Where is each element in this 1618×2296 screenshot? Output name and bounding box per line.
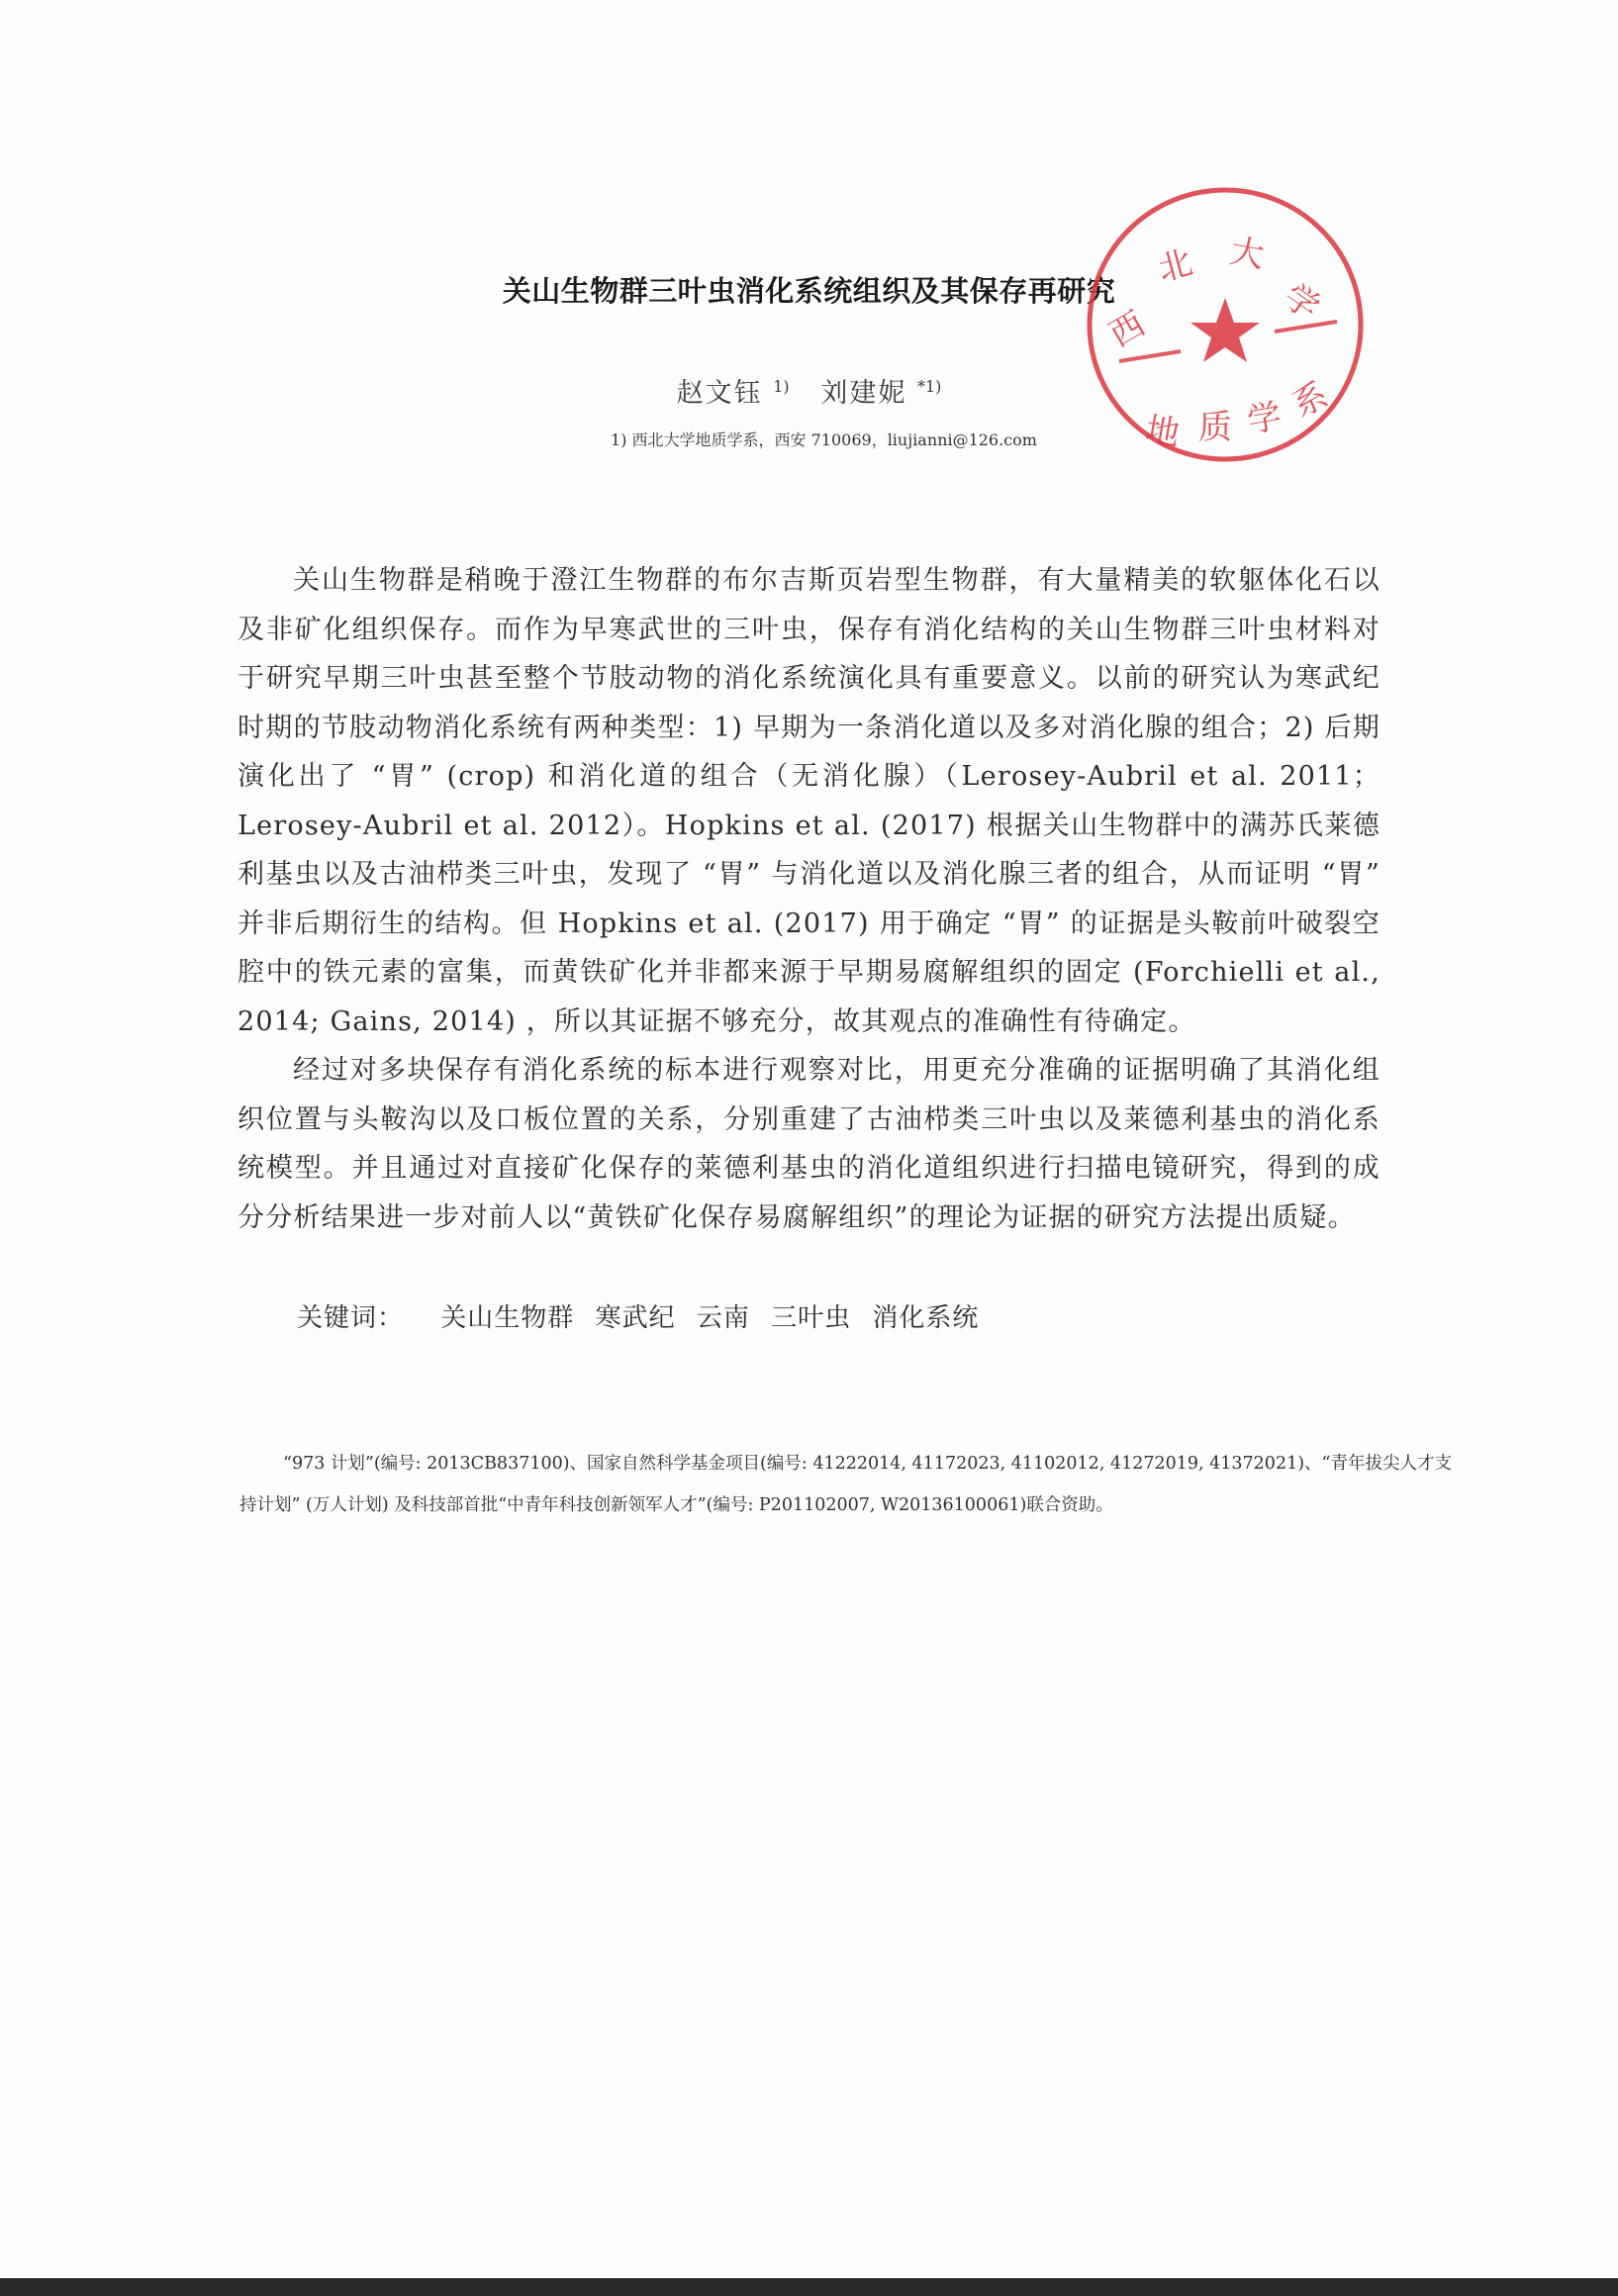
svg-text:地: 地 bbox=[1143, 410, 1183, 454]
svg-text:系: 系 bbox=[1286, 375, 1334, 426]
svg-text:学: 学 bbox=[1277, 276, 1327, 328]
svg-text:大: 大 bbox=[1227, 232, 1267, 276]
paragraph: 关山生物群是稍晚于澄江生物群的布尔吉斯页岩型生物群，有大量精美的软躯体化石以及非… bbox=[238, 556, 1380, 1046]
affiliation: 1) 西北大学地质学系，西安 710069，liujianni@126.com bbox=[0, 428, 1618, 450]
affiliation-mark: *1) bbox=[917, 377, 941, 396]
svg-text:北: 北 bbox=[1154, 242, 1196, 289]
paper-title: 关山生物群三叶虫消化系统组织及其保存再研究 bbox=[0, 269, 1618, 310]
keyword: 三叶虫 bbox=[771, 1303, 851, 1333]
svg-text:质: 质 bbox=[1198, 408, 1232, 447]
abstract-body: 关山生物群是稍晚于澄江生物群的布尔吉斯页岩型生物群，有大量精美的软躯体化石以及非… bbox=[238, 556, 1380, 1242]
keywords-label: 关键词： bbox=[297, 1303, 404, 1333]
author-name: 赵文钰 bbox=[677, 378, 763, 409]
paragraph: 经过对多块保存有消化系统的标本进行观察对比，用更充分准确的证据明确了其消化组织位… bbox=[238, 1046, 1380, 1242]
author-name: 刘建妮 bbox=[820, 378, 906, 409]
keyword: 消化系统 bbox=[872, 1303, 979, 1333]
author-line: 赵文钰 1) 刘建妮 *1) bbox=[0, 371, 1618, 410]
keyword: 关山生物群 bbox=[440, 1303, 574, 1333]
document-page: 关山生物群三叶虫消化系统组织及其保存再研究 赵文钰 1) 刘建妮 *1) 1) … bbox=[0, 0, 1618, 2278]
svg-text:西: 西 bbox=[1103, 304, 1152, 355]
keyword: 寒武纪 bbox=[596, 1303, 676, 1333]
keyword: 云南 bbox=[697, 1303, 750, 1333]
keywords: 关键词： 关山生物群 寒武纪 云南 三叶虫 消化系统 bbox=[297, 1297, 991, 1334]
funding-text: “973 计划”(编号: 2013CB837100)、国家自然科学基金项目(编号… bbox=[239, 1443, 1467, 1526]
svg-text:学: 学 bbox=[1245, 396, 1285, 440]
funding-note: “973 计划”(编号: 2013CB837100)、国家自然科学基金项目(编号… bbox=[239, 1443, 1467, 1526]
official-seal-icon: 西 北 大 学 地 质 学 系 bbox=[1082, 183, 1369, 465]
scan-edge bbox=[0, 2278, 1618, 2296]
affiliation-mark: 1) bbox=[773, 377, 789, 396]
